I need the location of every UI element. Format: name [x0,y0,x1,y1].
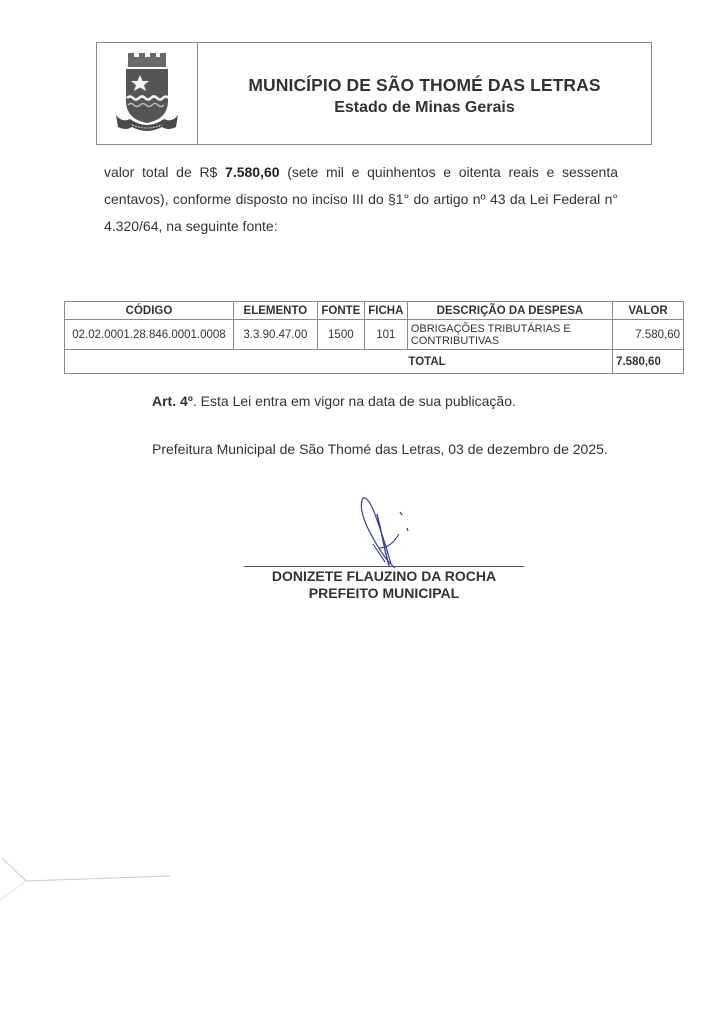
total-amount: 7.580,60 [225,164,280,180]
paragraph-line-1: valor total de R$ 7.580,60 (sete mil e q… [104,159,618,186]
table-header-row: CÓDIGO ELEMENTO FONTE FICHA DESCRIÇÃO DA… [65,302,684,320]
place-and-date: Prefeitura Municipal de São Thomé das Le… [152,441,608,457]
budget-source-table: CÓDIGO ELEMENTO FONTE FICHA DESCRIÇÃO DA… [64,301,684,374]
body-paragraph: valor total de R$ 7.580,60 (sete mil e q… [104,159,618,240]
signature-line [244,566,524,567]
paragraph-line-2: centavos), conforme disposto no inciso I… [104,186,618,213]
municipality-title: MUNICÍPIO DE SÃO THOMÉ DAS LETRAS [248,75,600,96]
total-value: 7.580,60 [613,350,684,374]
signer-role: PREFEITO MUNICIPAL [244,585,524,602]
paragraph-line-3: 4.320/64, na seguinte fonte: [104,213,618,240]
cell-ficha: 101 [364,320,407,350]
col-header-codigo: CÓDIGO [65,302,234,320]
municipal-coat-of-arms-icon [112,53,182,135]
scan-artifact-mark [0,840,200,900]
total-label: TOTAL [65,350,613,374]
cell-valor: 7.580,60 [613,320,684,350]
letterhead-title-cell: MUNICÍPIO DE SÃO THOMÉ DAS LETRAS Estado… [198,43,651,144]
article-text: . Esta Lei entra em vigor na data de sua… [193,393,516,409]
cell-elemento: 3.3.90.47.00 [233,320,317,350]
handwritten-signature-icon [355,490,425,570]
state-subtitle: Estado de Minas Gerais [334,99,515,117]
col-header-ficha: FICHA [364,302,407,320]
letterhead: MUNICÍPIO DE SÃO THOMÉ DAS LETRAS Estado… [96,42,652,145]
col-header-valor: VALOR [613,302,684,320]
col-header-descricao: DESCRIÇÃO DA DESPESA [407,302,612,320]
cell-fonte: 1500 [317,320,364,350]
article-label: Art. 4º [152,393,193,409]
col-header-elemento: ELEMENTO [233,302,317,320]
cell-codigo: 02.02.0001.28.846.0001.0008 [65,320,234,350]
signer-block: DONIZETE FLAUZINO DA ROCHA PREFEITO MUNI… [244,568,524,602]
table-row: 02.02.0001.28.846.0001.0008 3.3.90.47.00… [65,320,684,350]
article-4: Art. 4º. Esta Lei entra em vigor na data… [152,393,516,409]
logo-cell [97,43,198,144]
signer-name: DONIZETE FLAUZINO DA ROCHA [244,568,524,585]
table-total-row: TOTAL 7.580,60 [65,350,684,374]
cell-descricao: OBRIGAÇÕES TRIBUTÁRIAS E CONTRIBUTIVAS [407,320,612,350]
col-header-fonte: FONTE [317,302,364,320]
